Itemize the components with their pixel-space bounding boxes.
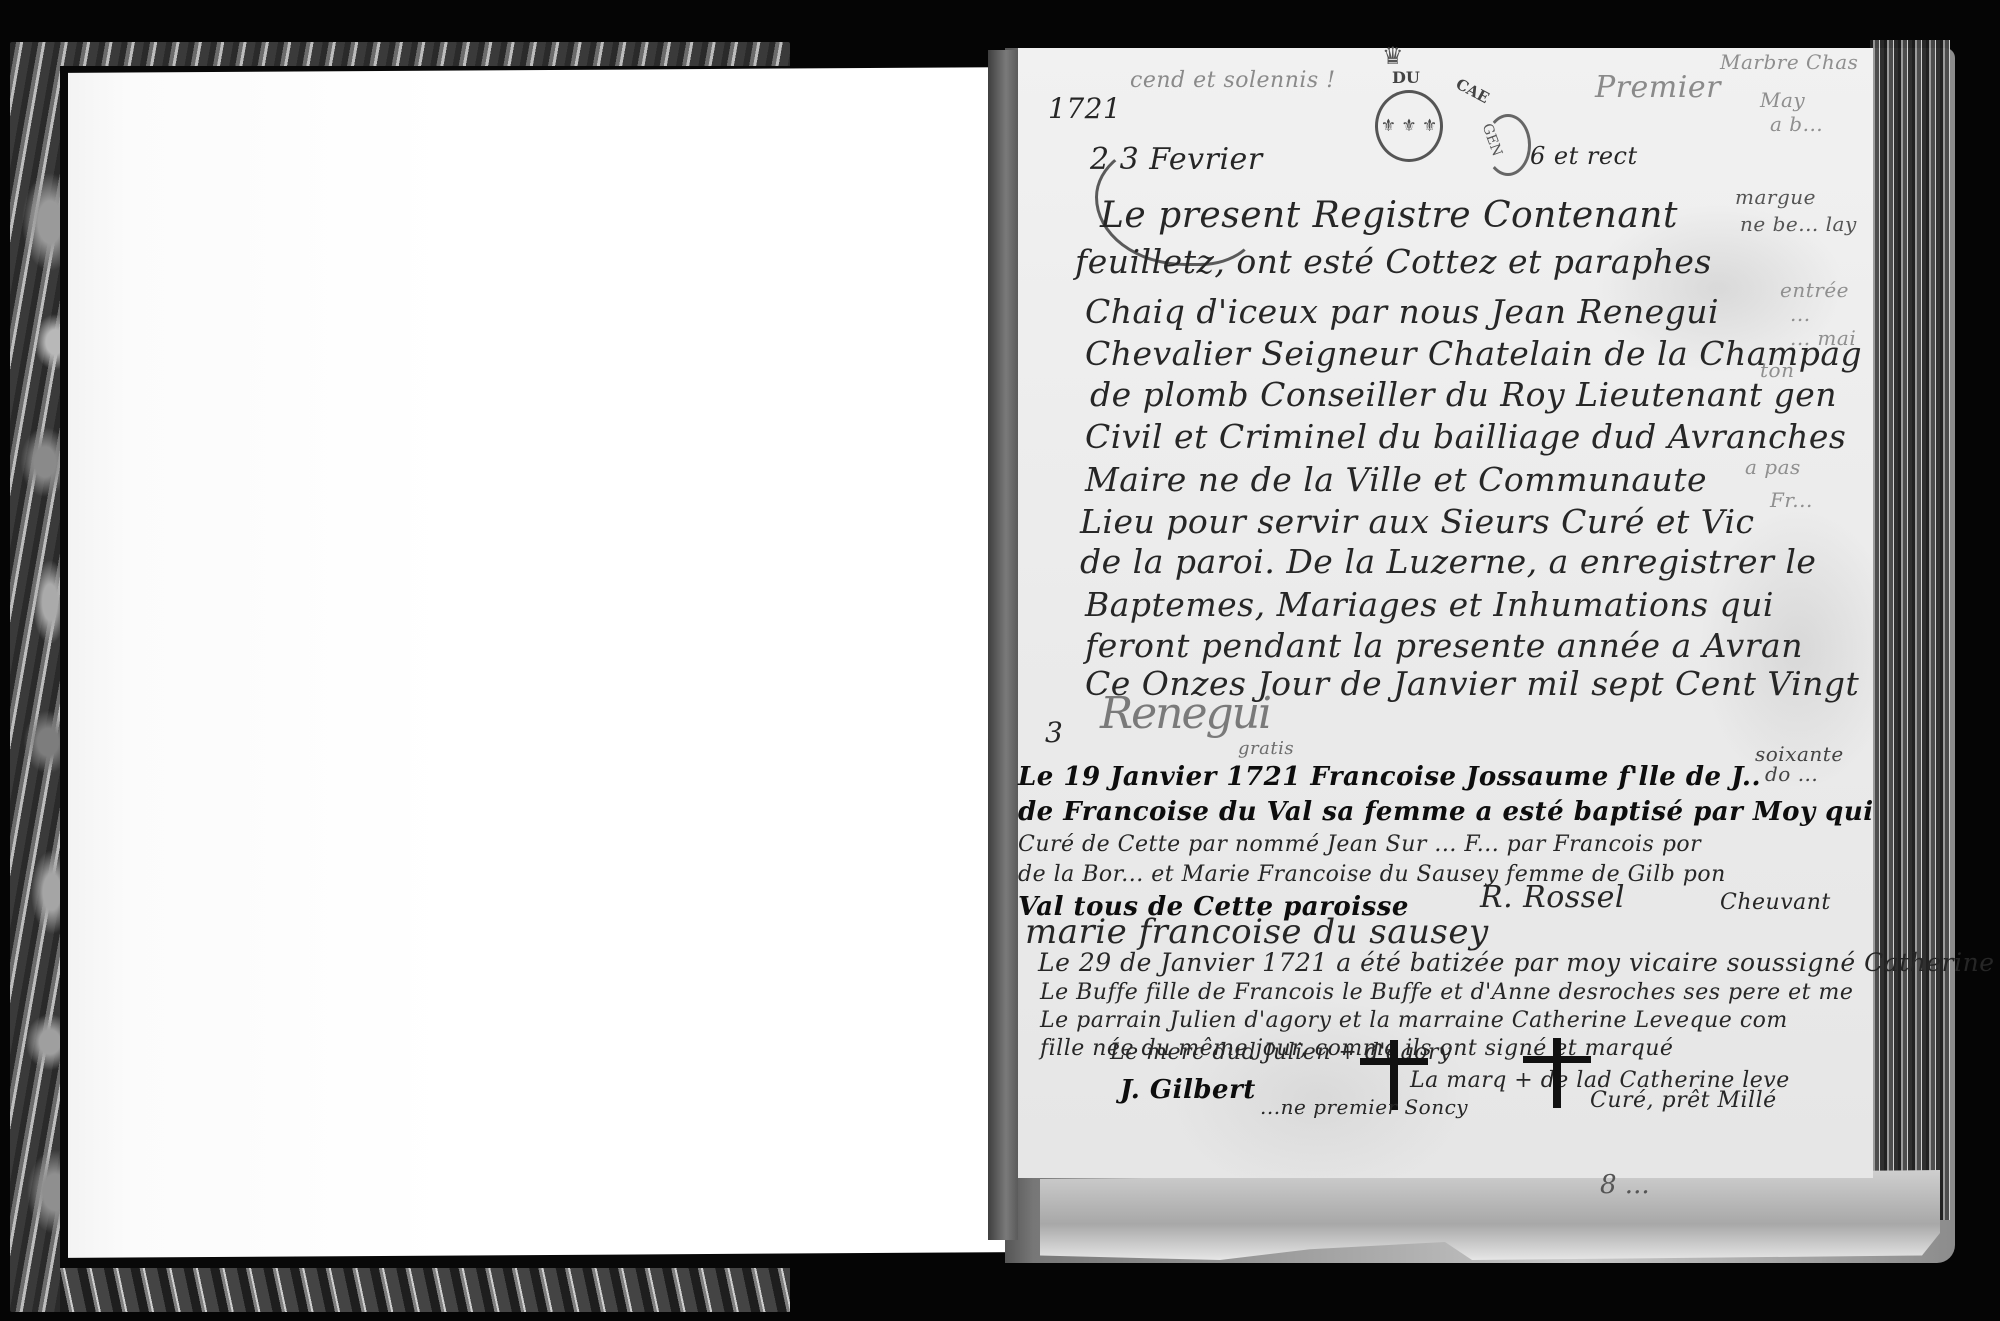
preamble-line: feront pendant la presente année a Avran <box>1085 626 1803 665</box>
fleur-de-lis-icon: ⚜ ⚜ ⚜ <box>1375 90 1443 162</box>
caen-generality-seal-stamp: ♛ DU CAE ⚜ ⚜ ⚜ GEN <box>1340 42 1530 177</box>
preamble-line: de plomb Conseiller du Roy Lieutenant ge… <box>1090 375 1837 414</box>
marbled-cover-bottom-strip <box>60 1268 790 1312</box>
preamble-line: feuilletz, ont esté Cottez et paraphes <box>1075 242 1712 281</box>
margin-note: entrée <box>1780 278 1849 302</box>
year-annotation: 1721 <box>1048 92 1121 125</box>
margin-note: a pas <box>1745 455 1801 479</box>
entry-signature: J. Gilbert <box>1120 1075 1256 1105</box>
preamble-line: Chaiq d'iceux par nous Jean Renegui <box>1085 292 1719 331</box>
margin-note: do ... <box>1765 762 1818 786</box>
margin-note: Marbre Chas <box>1720 50 1858 74</box>
date-mark: 2 3 Fevrier <box>1090 142 1263 177</box>
entry-line: Le Buffe fille de Francois le Buffe et d… <box>1040 980 1853 1005</box>
crown-icon: ♛ <box>1382 42 1404 70</box>
preamble-signature: Renegui <box>1100 688 1270 739</box>
margin-note: ton <box>1760 358 1794 382</box>
seal-scroll-ornament <box>1485 114 1531 176</box>
seal-text-cae: CAE <box>1453 75 1492 107</box>
margin-note: ... mai <box>1790 326 1856 350</box>
preamble-line: Maire ne de la Ville et Communaute <box>1085 460 1707 499</box>
margin-note: margue <box>1735 185 1816 209</box>
margin-note: ... <box>1790 302 1811 326</box>
preamble-line: Baptemes, Mariages et Inhumations qui <box>1085 585 1774 624</box>
entry-line: de Francoise du Val sa femme a esté bapt… <box>1018 797 1874 827</box>
top-note: cend et solennis ! <box>1130 68 1336 93</box>
margin-note: Fr... <box>1770 488 1813 512</box>
top-right-note-2: 6 et rect <box>1530 142 1638 170</box>
margin-note: ne be... lay <box>1740 212 1857 236</box>
preamble-line: Chevalier Seigneur Chatelain de la Champ… <box>1085 334 1862 373</box>
entry-margin-number: 3 <box>1045 716 1063 749</box>
left-blank-page <box>68 67 1023 1258</box>
bottom-folio-number: 8 ... <box>1600 1170 1650 1200</box>
cross-mark-icon <box>1553 1038 1561 1108</box>
entry-line: Le parrain Julien d'agory et la marraine… <box>1040 1008 1788 1033</box>
entry-signature: Cheuvant <box>1720 890 1831 915</box>
margin-note: a b... <box>1770 112 1823 136</box>
preamble-line: Lieu pour servir aux Sieurs Curé et Vic <box>1080 502 1755 541</box>
open-register-book: 1721 cend et solennis ! 2 3 Fevrier Prem… <box>0 0 2000 1321</box>
entry-line: Le 19 Janvier 1721 Francoise Jossaume f'… <box>1018 762 1761 792</box>
entry-signature: Curé, prêt Millé <box>1590 1088 1777 1113</box>
seal-text-du: DU <box>1392 68 1420 87</box>
entry-signature: ...ne premier Soncy <box>1260 1095 1468 1119</box>
preamble-line: Civil et Criminel du bailliage dud Avran… <box>1085 417 1846 456</box>
gratis-note: gratis <box>1238 738 1294 759</box>
margin-note: May <box>1760 88 1805 112</box>
book-gutter <box>988 50 1018 1240</box>
torn-lower-leaf <box>1040 1170 1940 1260</box>
page-edges-fore-edge <box>1870 40 1950 1220</box>
top-right-note: Premier <box>1595 70 1721 105</box>
preamble-line: de la paroi. De la Luzerne, a enregistre… <box>1080 542 1816 581</box>
entry-signature: R. Rossel <box>1480 880 1625 915</box>
entry-line: Le 29 de Janvier 1721 a été batizée par … <box>1038 948 1995 977</box>
entry-line: Curé de Cette par nommé Jean Sur ... F..… <box>1018 832 1701 857</box>
entry-name-heading: marie francoise du sausey <box>1025 912 1489 952</box>
preamble-line: Le present Registre Contenant <box>1100 195 1678 236</box>
